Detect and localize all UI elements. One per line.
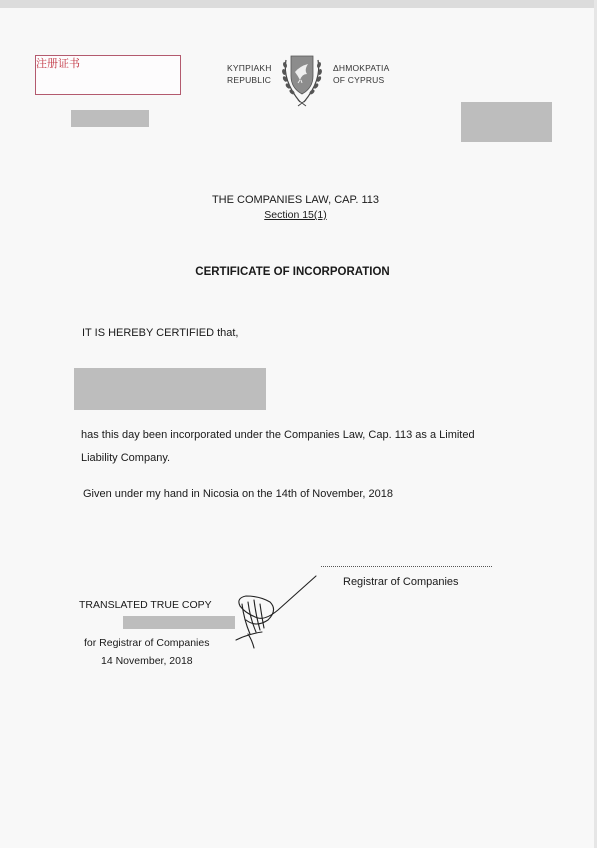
scan-top-band xyxy=(0,0,597,8)
certificate-title: CERTIFICATE OF INCORPORATION xyxy=(0,266,591,278)
section-reference: Section 15(1) xyxy=(0,209,594,221)
crest-text-right: ΔΗΜΟΚΡΑΤΙΑ OF CYPRUS xyxy=(333,62,389,86)
translation-date: 14 November, 2018 xyxy=(101,655,193,667)
annotation-label: 注册证书 xyxy=(36,57,80,70)
redacted-company-name xyxy=(74,368,266,410)
crest-text-left-line1: ΚΥΠΡΙΑΚΗ xyxy=(227,62,272,74)
crest-text-left: ΚΥΠΡΙΑΚΗ REPUBLIC xyxy=(227,62,272,86)
redacted-signatory-name xyxy=(123,616,235,629)
redacted-stamp xyxy=(461,102,552,142)
crest-text-left-line2: REPUBLIC xyxy=(227,74,272,86)
body-line-1: has this day been incorporated under the… xyxy=(81,429,475,441)
cyprus-coat-of-arms-icon xyxy=(274,52,330,108)
crest-text-right-line2: OF CYPRUS xyxy=(333,74,389,86)
body-line-2: Liability Company. xyxy=(81,452,170,464)
certified-line: IT IS HEREBY CERTIFIED that, xyxy=(82,327,239,339)
crest-text-right-line1: ΔΗΜΟΚΡΑΤΙΑ xyxy=(333,62,389,74)
redacted-reference-number xyxy=(71,110,149,127)
registrar-label: Registrar of Companies xyxy=(343,576,459,588)
for-registrar-label: for Registrar of Companies xyxy=(84,637,209,649)
handwritten-signature-icon xyxy=(228,570,328,655)
law-title: THE COMPANIES LAW, CAP. 113 xyxy=(0,194,594,206)
given-line: Given under my hand in Nicosia on the 14… xyxy=(83,488,393,500)
translation-annotation-box: 注册证书 xyxy=(35,55,181,95)
translated-true-copy-label: TRANSLATED TRUE COPY xyxy=(79,599,212,611)
registrar-signature-line xyxy=(321,566,492,567)
